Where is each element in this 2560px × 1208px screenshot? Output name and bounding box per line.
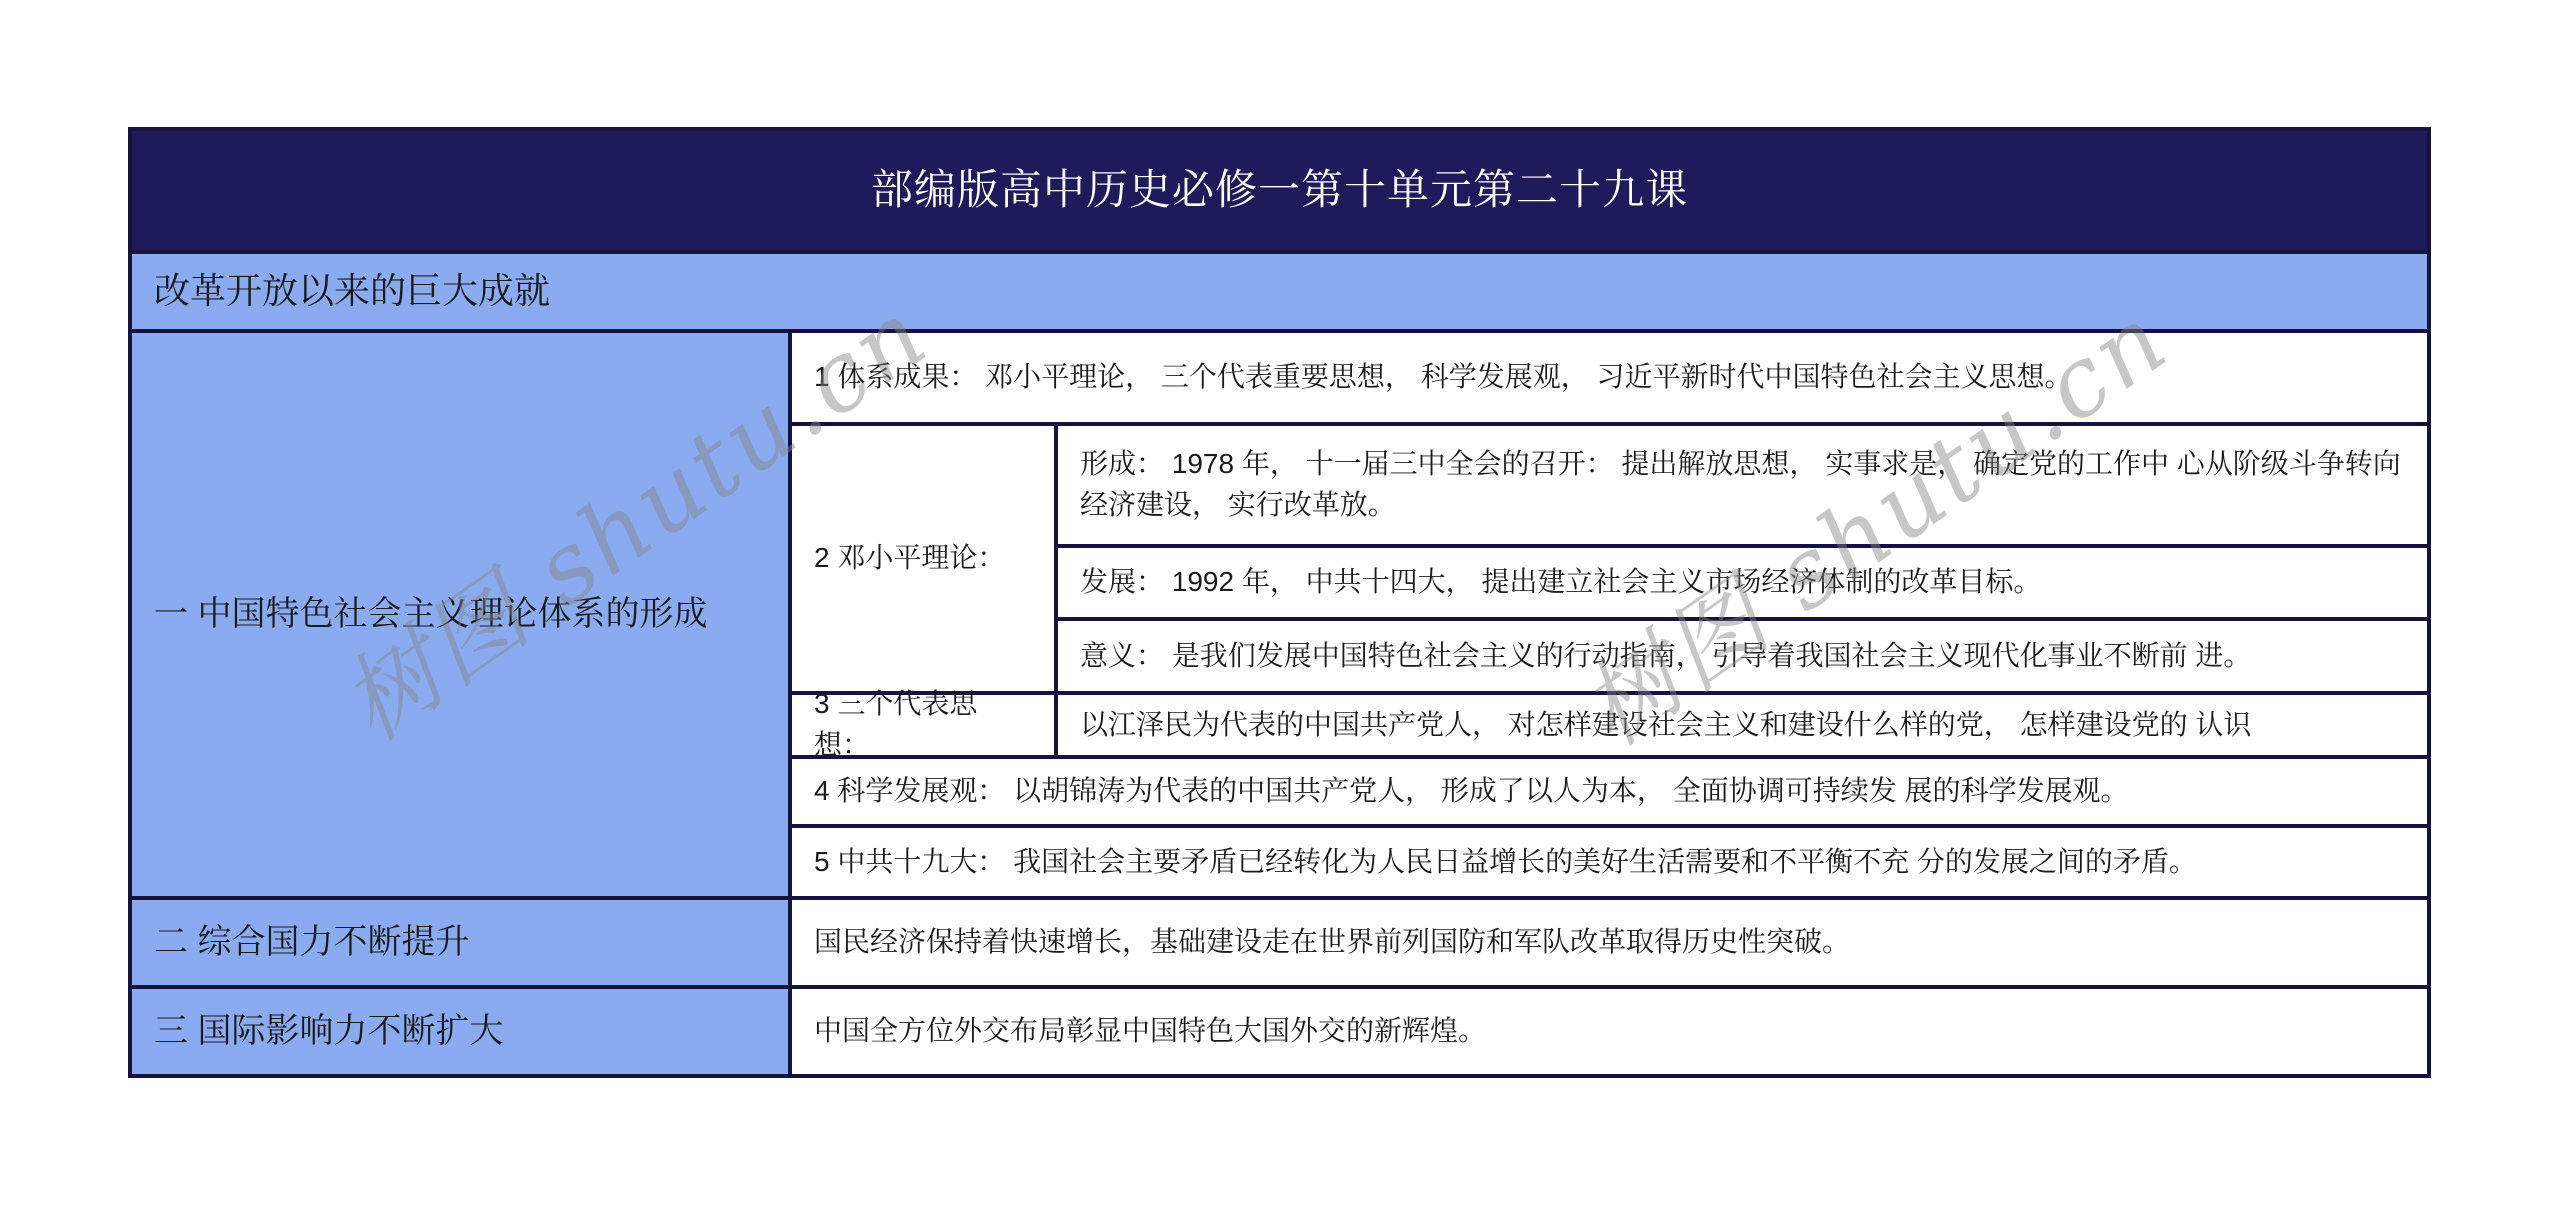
section-three-content-cell: 中国全方位外交布局彰显中国特色大国外交的新辉煌。	[792, 989, 2427, 1074]
section-two-content-cell: 国民经济保持着快速增长，基础建设走在世界前列国防和军队改革取得历史性突破。	[792, 900, 2427, 985]
scientific-outlook-text: 4 科学发展观： 以胡锦涛为代表的中国共产党人， 形成了以人为本， 全面协调可持…	[814, 771, 2128, 812]
deng-development-text: 发展： 1992 年， 中共十四大， 提出建立社会主义市场经济体制的改革目标。	[1080, 562, 2041, 603]
row-scientific-outlook: 4 科学发展观： 以胡锦涛为代表的中国共产党人， 形成了以人为本， 全面协调可持…	[792, 759, 2427, 824]
section-three-label: 三 国际影响力不断扩大	[154, 1007, 503, 1056]
deng-formation-text: 形成： 1978 年， 十一届三中全会的召开： 提出解放思想， 实事求是， 确定…	[1080, 444, 2405, 525]
congress-19-text: 5 中共十九大： 我国社会主要矛盾已经转化为人民日益增长的美好生活需要和不平衡不…	[814, 842, 2197, 883]
cell-three-represents-label: 3 三个代表思想：	[792, 695, 1054, 755]
topic-label: 改革开放以来的巨大成就	[154, 265, 550, 317]
section-two-content-text: 国民经济保持着快速增长，基础建设走在世界前列国防和军队改革取得历史性突破。	[814, 922, 1850, 963]
row-system-achievements-text: 1 体系成果： 邓小平理论， 三个代表重要思想， 科学发展观， 习近平新时代中国…	[814, 357, 2072, 398]
section-one-label-cell: 一 中国特色社会主义理论体系的形成	[132, 333, 788, 896]
outline-table: 部编版高中历史必修一第十单元第二十九课 改革开放以来的巨大成就 一 中国特色社会…	[128, 127, 2431, 1078]
cell-three-represents-content: 以江泽民为代表的中国共产党人， 对怎样建设社会主义和建设什么样的党， 怎样建设党…	[1058, 695, 2427, 755]
cell-deng-formation: 形成： 1978 年， 十一届三中全会的召开： 提出解放思想， 实事求是， 确定…	[1058, 426, 2427, 544]
three-represents-label-text: 3 三个代表思想：	[814, 684, 1032, 765]
page-title: 部编版高中历史必修一第十单元第二十九课	[871, 160, 1688, 221]
section-three-label-cell: 三 国际影响力不断扩大	[132, 989, 788, 1074]
cell-deng-theory-label: 2 邓小平理论：	[792, 426, 1054, 691]
page: { "header": { "title": "部编版高中历史必修一第十单元第二…	[0, 0, 2560, 1208]
deng-theory-label-text: 2 邓小平理论：	[814, 538, 1005, 579]
section-two-label-cell: 二 综合国力不断提升	[132, 900, 788, 985]
three-represents-content-text: 以江泽民为代表的中国共产党人， 对怎样建设社会主义和建设什么样的党， 怎样建设党…	[1080, 705, 2251, 746]
cell-deng-significance: 意义： 是我们发展中国特色社会主义的行动指南， 引导着我国社会主义现代化事业不断…	[1058, 621, 2427, 691]
row-19th-congress: 5 中共十九大： 我国社会主要矛盾已经转化为人民日益增长的美好生活需要和不平衡不…	[792, 828, 2427, 896]
section-three-content-text: 中国全方位外交布局彰显中国特色大国外交的新辉煌。	[814, 1011, 1486, 1052]
topic-row: 改革开放以来的巨大成就	[132, 254, 2427, 329]
header-bar: 部编版高中历史必修一第十单元第二十九课	[132, 131, 2427, 250]
cell-deng-development: 发展： 1992 年， 中共十四大， 提出建立社会主义市场经济体制的改革目标。	[1058, 548, 2427, 617]
deng-significance-text: 意义： 是我们发展中国特色社会主义的行动指南， 引导着我国社会主义现代化事业不断…	[1080, 636, 2251, 677]
section-two-label: 二 综合国力不断提升	[154, 918, 469, 967]
section-one-label: 一 中国特色社会主义理论体系的形成	[154, 590, 707, 639]
row-system-achievements: 1 体系成果： 邓小平理论， 三个代表重要思想， 科学发展观， 习近平新时代中国…	[792, 333, 2427, 422]
